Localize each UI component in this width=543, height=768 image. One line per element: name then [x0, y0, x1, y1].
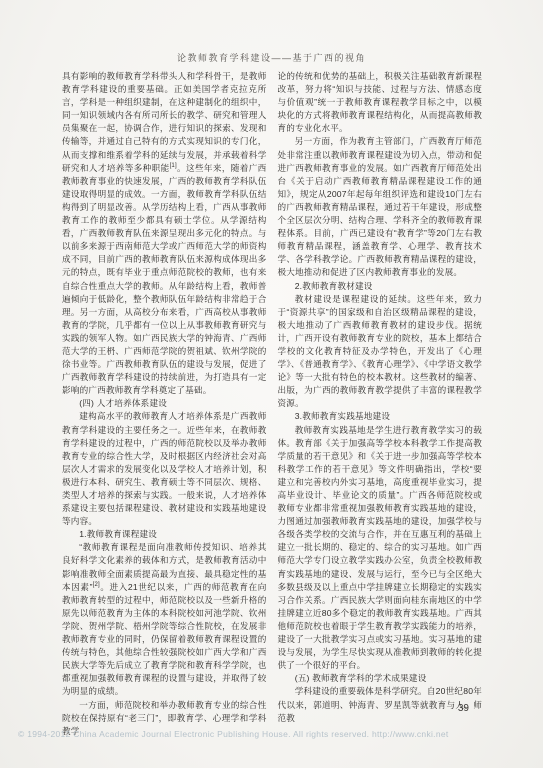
paragraph: 另一方面，作为教育主管部门，广西教育厅师范处非常注重以教师教育课程建设为切入点，…	[278, 135, 483, 279]
footnote-marker: [1]	[170, 163, 177, 169]
paragraph: “教师教育课程是面向准教师传授知识、培养其良好科学文化素养的载体和方式，是教师教…	[62, 541, 267, 698]
running-head-title: 论教师教育学科建设——基于广西的视角	[0, 51, 543, 64]
paragraph: 论的传统和优势的基础上，积极关注基础教育新课程改革，努力将“知识与技能、过程与方…	[278, 70, 483, 135]
section-heading: (四) 人才培养体系建设	[62, 397, 267, 410]
scanned-journal-page: { "page": { "running_head": "论教师教育学科建设——…	[0, 0, 543, 768]
copyright-watermark: © 1994-2012 China Academic Journal Elect…	[18, 729, 528, 739]
column-left: 具有影响的教师教育学科带头人和学科骨干，是教师教育学科建设的重要基础。正如美国学…	[62, 70, 267, 738]
paragraph: 教材建设是课程建设的延续。这些年来，致力于“资源共享”的国家级和自治区级精品课程…	[278, 293, 483, 411]
section-heading: 1.教师教育课程建设	[62, 528, 267, 541]
section-heading: (五) 教师教育学科的学术成果建设	[278, 672, 483, 685]
paragraph: 学科建设的重要载体是科学研究。自20世纪80年代以来，郭道明、钟海青、罗星凯等就…	[278, 685, 483, 724]
page-number: 39	[458, 703, 469, 714]
footnote-marker: [2]	[93, 582, 100, 588]
section-heading: 3.教师教育实践基地建设	[278, 410, 483, 423]
paragraph: 建构高水平的教师教育人才培养体系是广西教师教育学科建设的主要任务之一。近些年来，…	[62, 410, 267, 528]
journal-page: 论教师教育学科建设——基于广西的视角 具有影响的教师教育学科带头人和学科骨干，是…	[0, 0, 543, 768]
column-right: 论的传统和优势的基础上，积极关注基础教育新课程改革，努力将“知识与技能、过程与方…	[278, 70, 483, 738]
paragraph: 教师教育实践基地是学生进行教育教学实习的载体。教育部《关于加强高等学校本科教学工…	[278, 424, 483, 673]
paragraph: 具有影响的教师教育学科带头人和学科骨干，是教师教育学科建设的重要基础。正如美国学…	[62, 70, 267, 397]
section-heading: 2.教师教育教材建设	[278, 280, 483, 293]
text-columns: 具有影响的教师教育学科带头人和学科骨干，是教师教育学科建设的重要基础。正如美国学…	[62, 70, 482, 738]
